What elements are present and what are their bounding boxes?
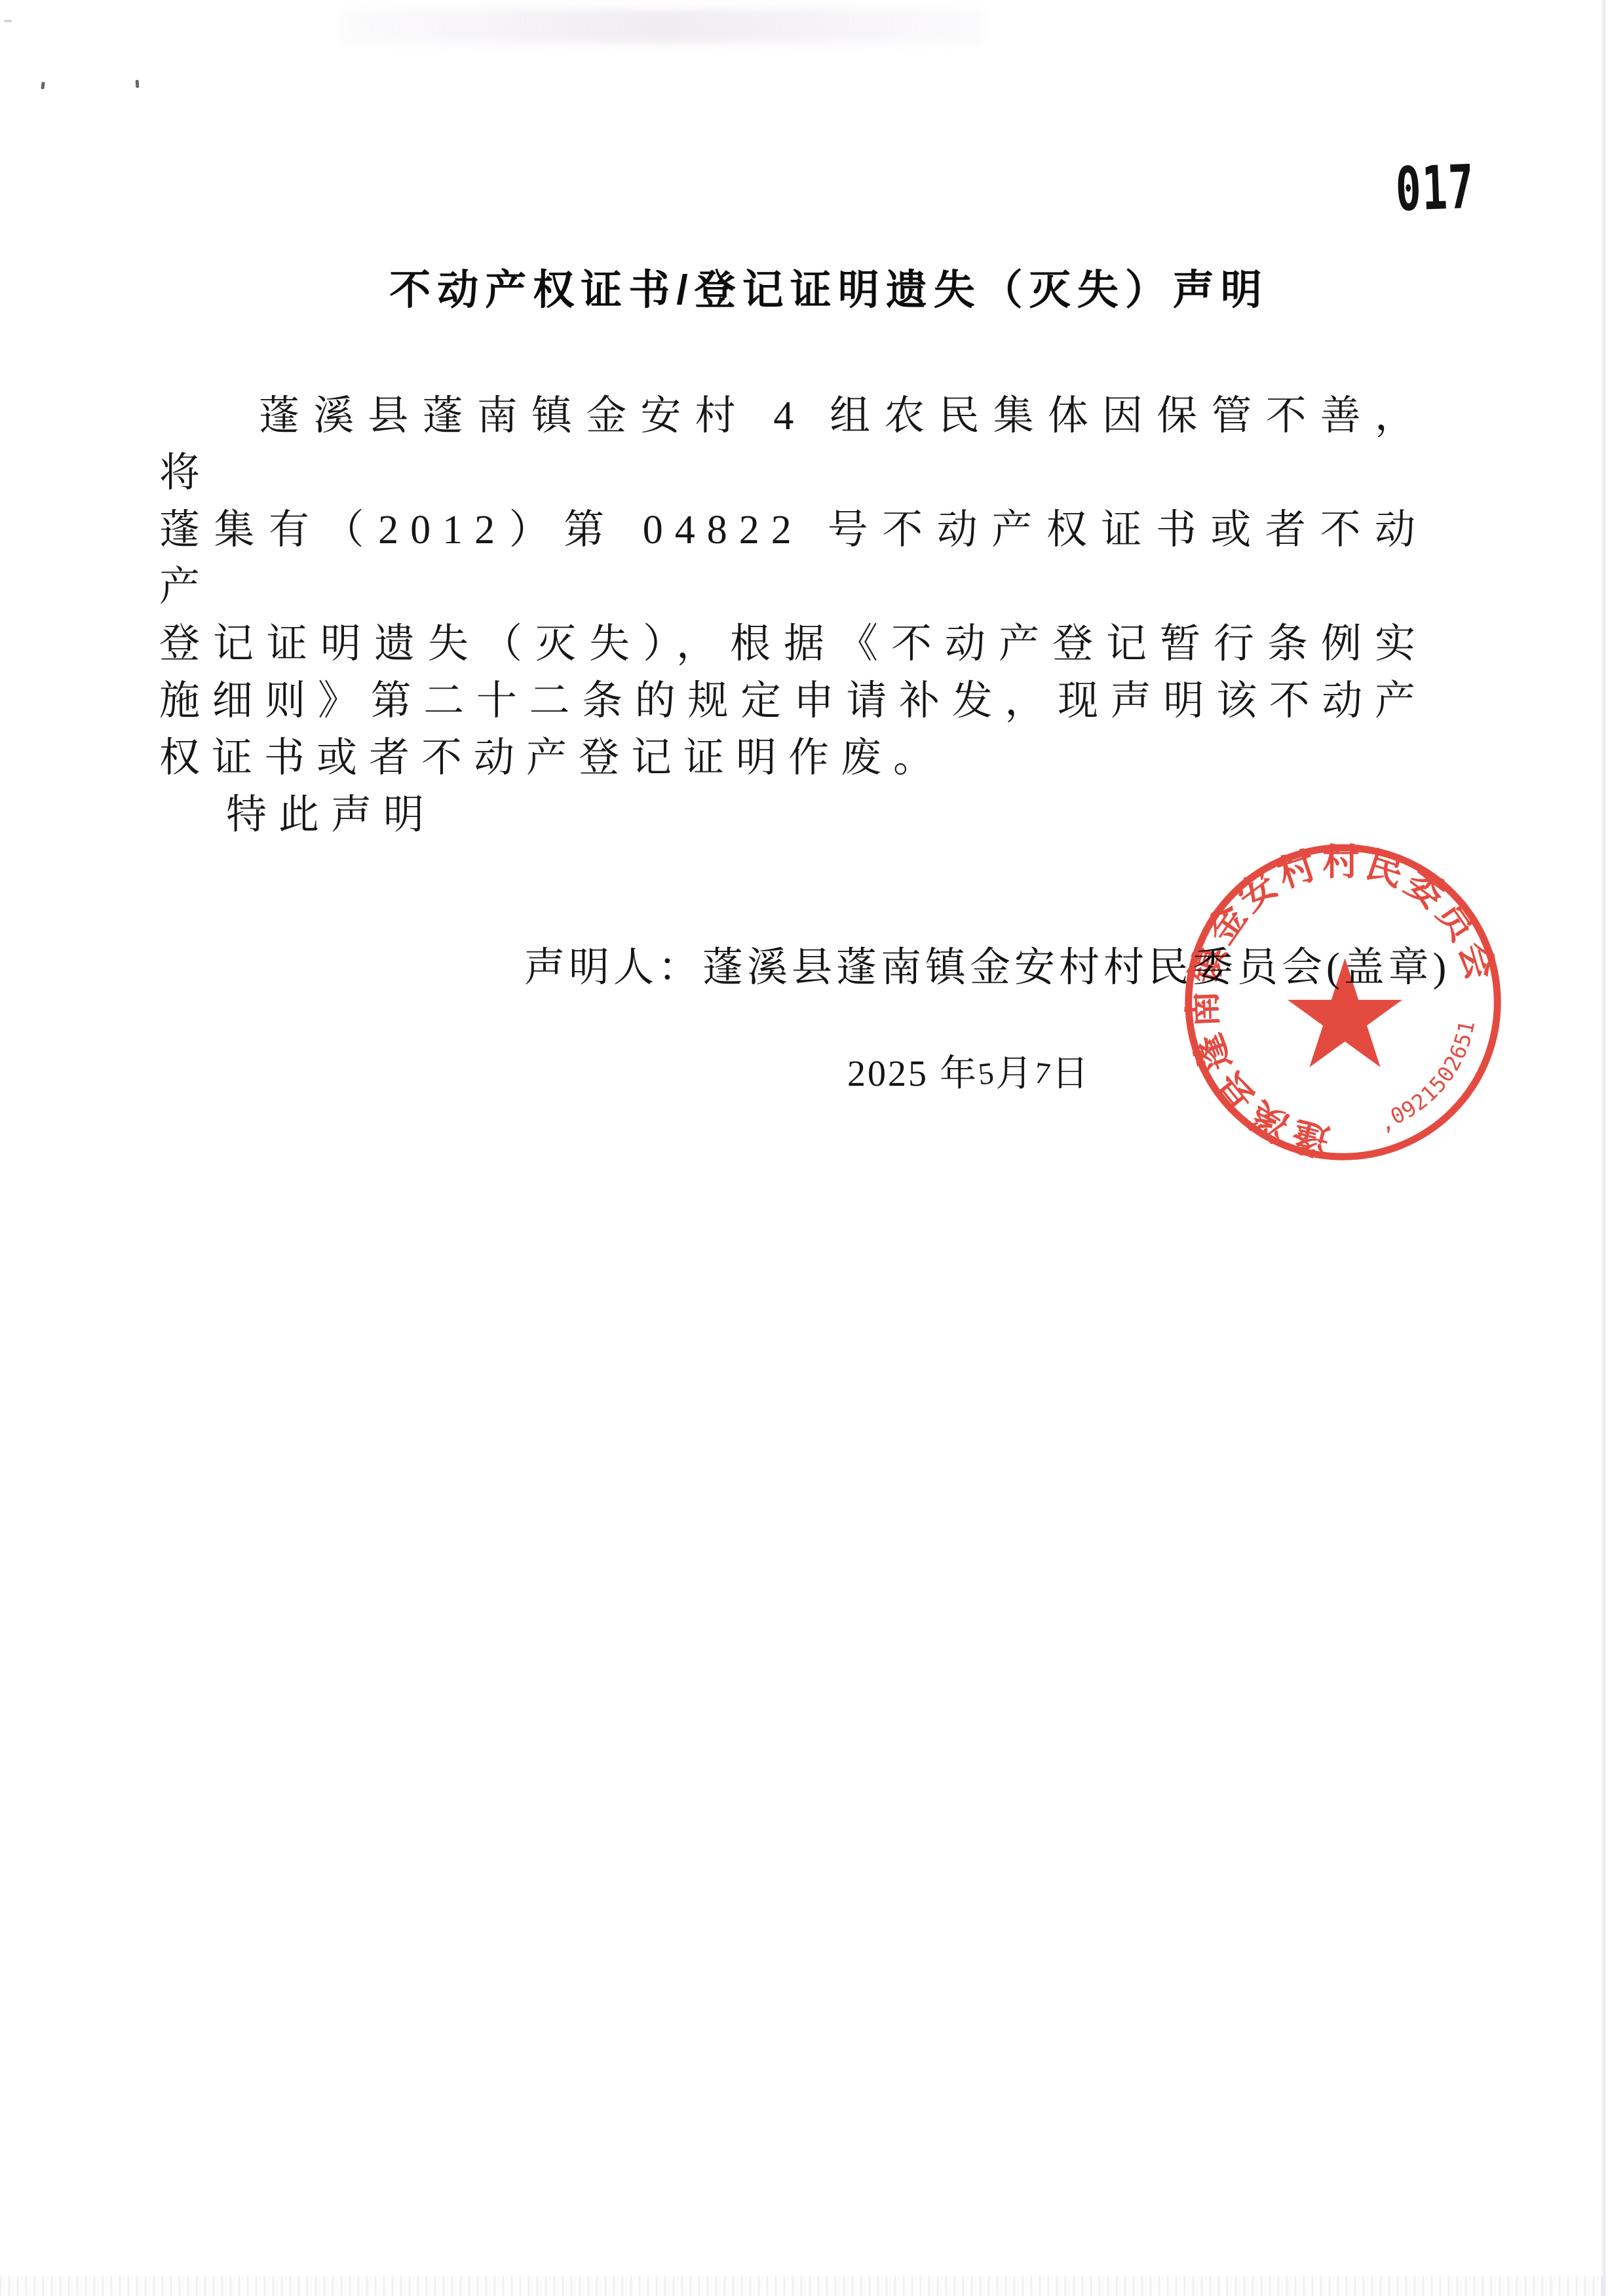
scanned-document-page: 017 不动产权证书/登记证明遗失（灭失）声明 蓬溪县蓬南镇金安村 4 组农民集… — [0, 0, 1608, 2296]
stamp-star-icon — [1288, 958, 1402, 1067]
body-line: 蓬溪县蓬南镇金安村 4 组农民集体因保管不善，将 — [159, 388, 1427, 502]
date-month-handwritten: 5 — [976, 1052, 998, 1096]
scan-speck — [136, 80, 140, 88]
declaration-paragraph: 蓬溪县蓬南镇金安村 4 组农民集体因保管不善，将 蓬集有（2012）第 0482… — [159, 388, 1427, 844]
date-line: 2025 年5月7日 — [847, 1052, 1090, 1098]
date-day-label: 日 — [1052, 1054, 1090, 1094]
page-number-stamp: 017 — [1394, 152, 1476, 225]
scan-speck — [4, 20, 12, 22]
scan-speck — [41, 82, 45, 90]
official-seal-stamp: 蓬溪县蓬南镇金安村村民委员会 , 09215026514 — [1176, 835, 1514, 1173]
body-line: 登记证明遗失（灭失），根据《不动产登记暂行条例实 — [159, 616, 1427, 673]
scan-noise-bottom — [0, 2276, 1608, 2296]
date-year: 2025 年 — [847, 1054, 978, 1094]
scan-noise-top — [341, 9, 983, 43]
body-line: 施细则》第二十二条的规定申请补发，现声明该不动产 — [159, 673, 1427, 730]
date-day-handwritten: 7 — [1032, 1052, 1054, 1097]
scan-noise-right-edge — [1600, 0, 1605, 2296]
date-month-label: 月 — [996, 1054, 1035, 1094]
document-title: 不动产权证书/登记证明遗失（灭失）声明 — [50, 257, 1608, 316]
body-line: 权证书或者不动产登记证明作废。 — [159, 730, 1427, 787]
body-line: 蓬集有（2012）第 04822 号不动产权证书或者不动产 — [159, 502, 1427, 616]
